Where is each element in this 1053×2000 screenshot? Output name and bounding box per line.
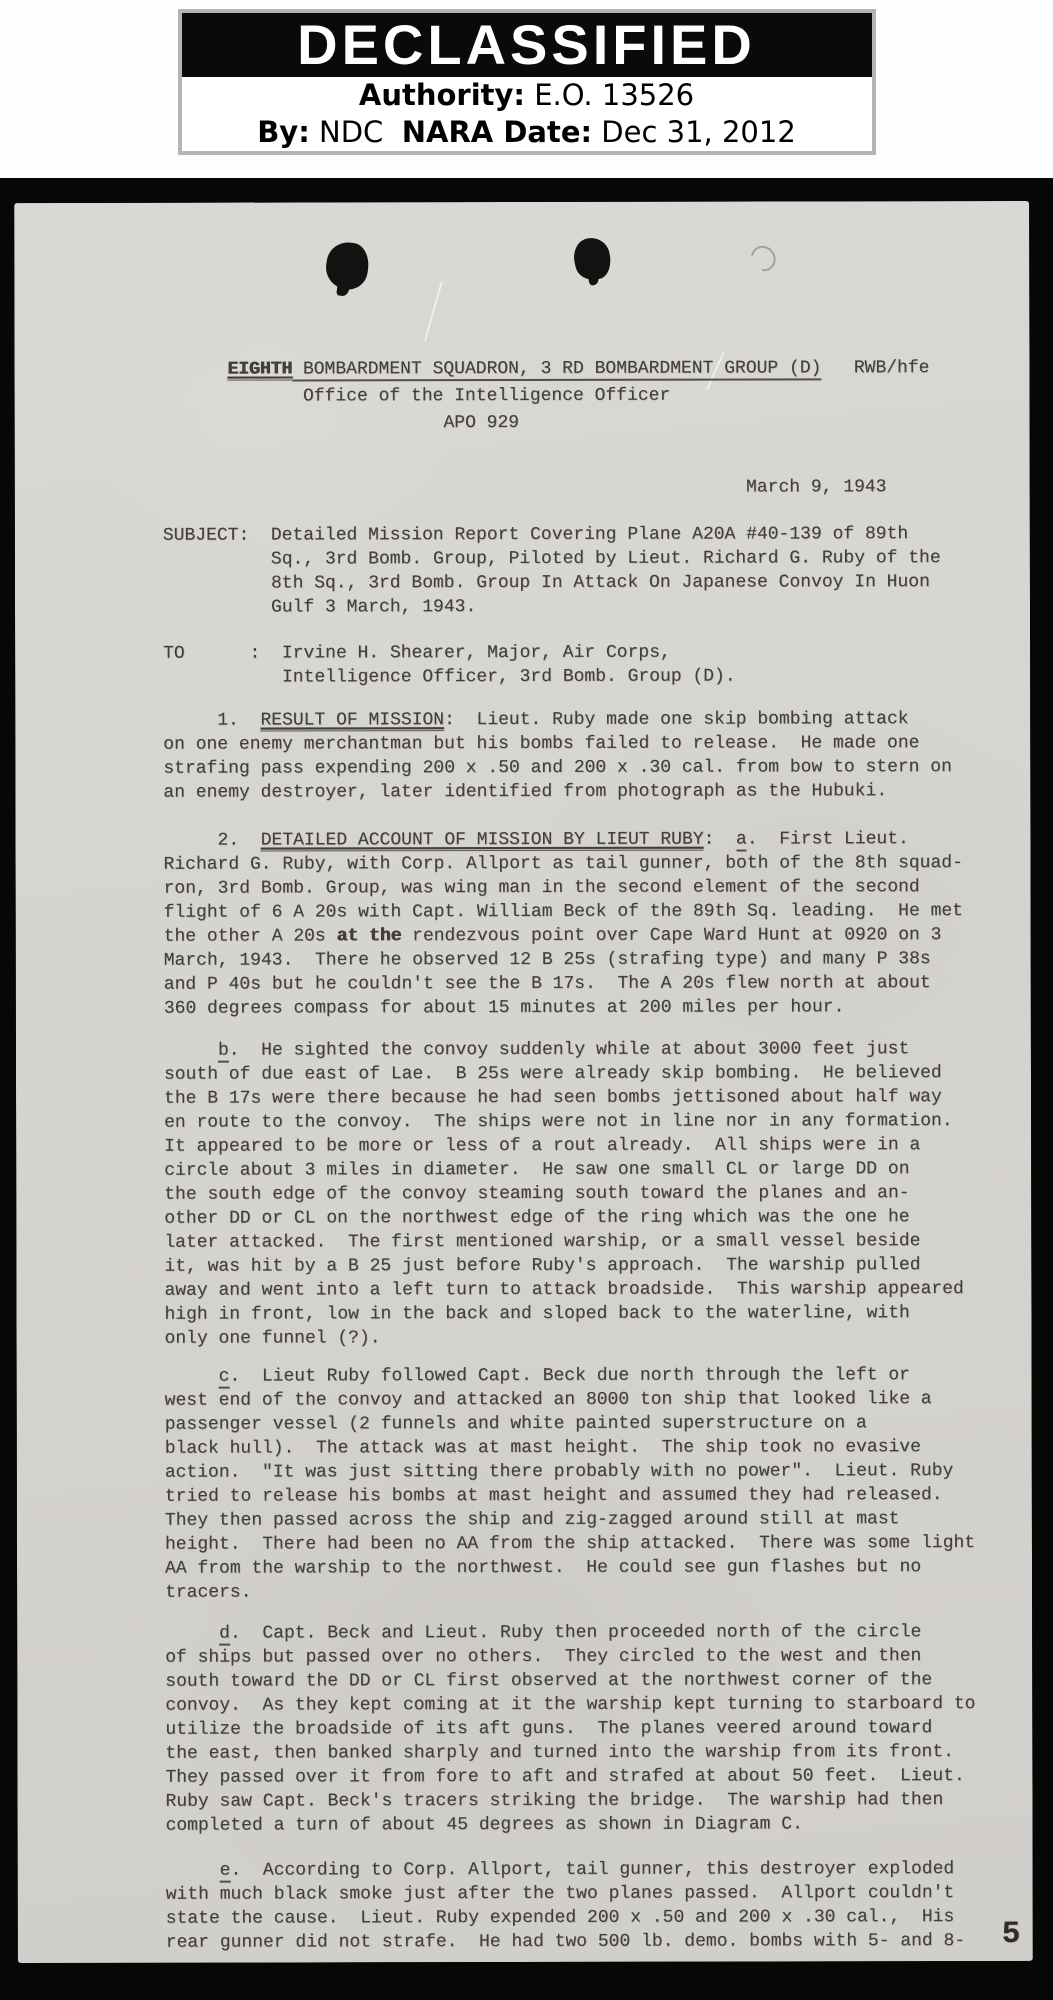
subject-block: SUBJECT: Detailed Mission Report Coverin… (163, 522, 941, 620)
declassified-stamp: DECLASSIFIED Authority: E.O. 13526 By: N… (178, 9, 876, 155)
nara-date-value: Dec 31, 2012 (592, 115, 796, 149)
page-number: 5 (1002, 1917, 1021, 1952)
authority-label: Authority: (359, 78, 525, 112)
paragraph-d: d. Capt. Beck and Lieut. Ruby then proce… (165, 1620, 976, 1838)
by-value: NDC (310, 115, 402, 149)
authority-value: E.O. 13526 (525, 78, 694, 112)
scan-background: EIGHTH BOMBARDMENT SQUADRON, 3 RD BOMBAR… (0, 178, 1053, 2000)
typewritten-text: EIGHTH BOMBARDMENT SQUADRON, 3 RD BOMBAR… (14, 201, 1033, 1963)
to-block: TO : Irvine H. Shearer, Major, Air Corps… (163, 641, 736, 690)
screenshot-root: { "stamp": { "title": "DECLASSIFIED", "a… (0, 0, 1053, 2000)
paragraph-2a-detailed-account: 2. DETAILED ACCOUNT OF MISSION BY LIEUT … (163, 827, 963, 1021)
letterhead: EIGHTH BOMBARDMENT SQUADRON, 3 RD BOMBAR… (162, 355, 929, 438)
date-line: March 9, 1943 (163, 475, 887, 501)
paragraph-c: c. Lieut Ruby followed Capt. Beck due no… (165, 1363, 976, 1605)
paragraph-1-result-of-mission: 1. RESULT OF MISSION: Lieut. Ruby made o… (163, 707, 952, 805)
paragraph-e: e. According to Corp. Allport, tail gunn… (166, 1857, 966, 1955)
document-page: EIGHTH BOMBARDMENT SQUADRON, 3 RD BOMBAR… (14, 201, 1033, 1963)
nara-date-label: NARA Date: (402, 115, 592, 149)
paragraph-b: b. He sighted the convoy suddenly while … (164, 1037, 964, 1351)
by-label: By: (257, 115, 310, 149)
stamp-band: DECLASSIFIED Authority: E.O. 13526 By: N… (0, 0, 1053, 178)
authority-line: Authority: E.O. 13526 (182, 77, 872, 114)
declassified-title: DECLASSIFIED (182, 13, 872, 77)
by-date-line: By: NDC NARA Date: Dec 31, 2012 (182, 114, 872, 151)
